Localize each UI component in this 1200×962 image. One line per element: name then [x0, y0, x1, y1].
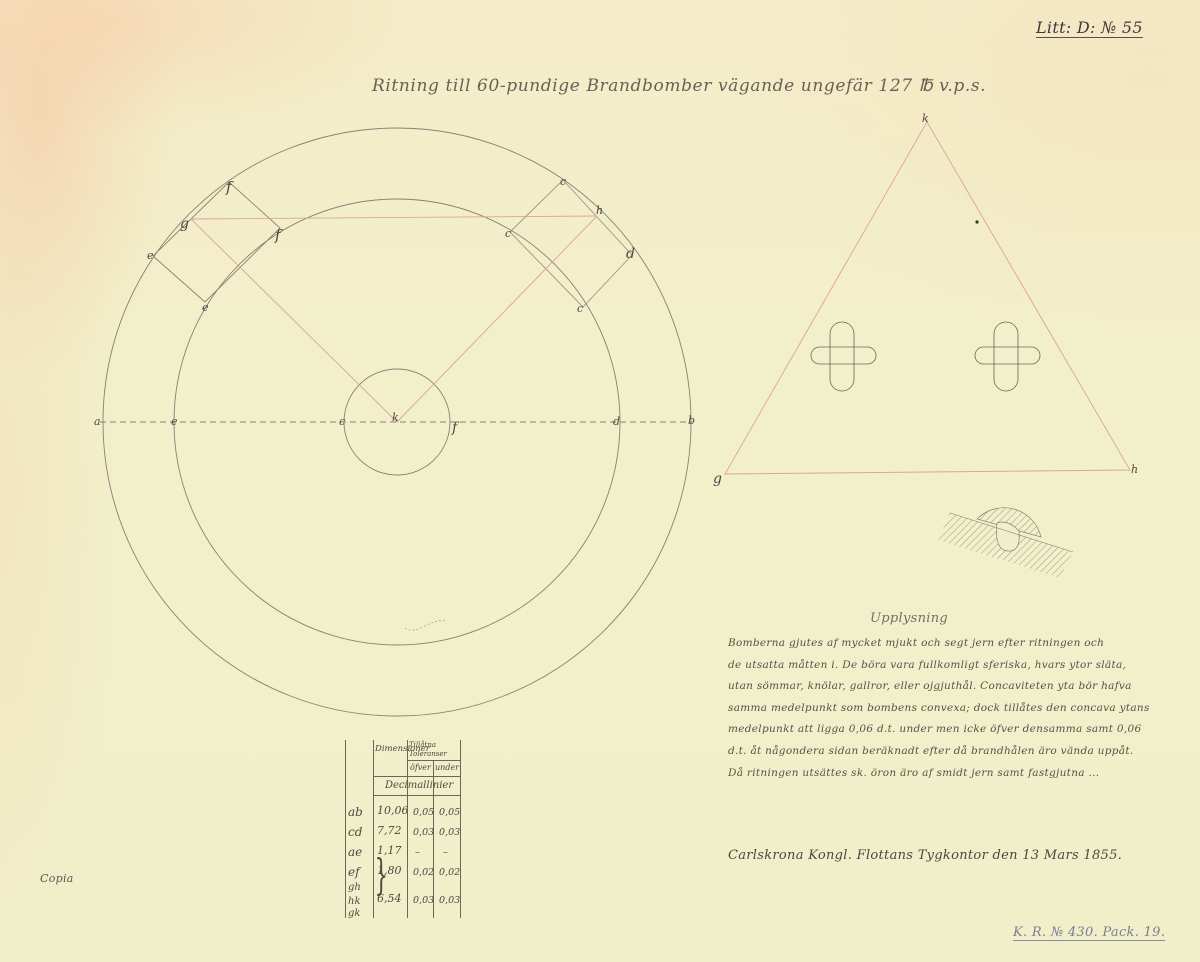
row-over: 0,03 [413, 827, 434, 838]
table-border-left [345, 740, 346, 918]
label-k: k [392, 411, 399, 424]
label-b: b [688, 414, 695, 427]
notes-line: d.t. åt någondera sidan beräknadt efter … [728, 741, 1178, 763]
pencil-mark [405, 621, 447, 631]
row-dimension: 6,54 [377, 892, 402, 905]
row-under: 0,02 [439, 867, 460, 878]
section-detail [938, 508, 1073, 578]
label-e3: e [202, 301, 209, 314]
notes-line: de utsatta måtten i. De böra vara fullko… [728, 655, 1178, 677]
notes-line: utan sömmar, knölar, gallror, eller ojgj… [728, 676, 1178, 698]
label-triangle-g: g [713, 471, 722, 487]
table-divider [407, 776, 408, 918]
reference-number: Litt: D: № 55 [1036, 18, 1143, 38]
dimension-table: Dimensioner Tillåtna Toleranser öfver un… [345, 740, 460, 918]
label-f2: f [225, 178, 234, 196]
label-f: f [451, 420, 460, 436]
label-c2: c [560, 175, 566, 188]
label-d: d [613, 415, 620, 428]
row-label: ae [348, 845, 362, 859]
row-label: cd [348, 825, 362, 839]
notes-line: Bomberna gjutes af mycket mjukt och segt… [728, 633, 1178, 655]
notes-body: Bomberna gjutes af mycket mjukt och segt… [728, 633, 1178, 784]
table-rule [407, 760, 460, 761]
right-cross-lug [975, 322, 1040, 391]
row-label: gk [348, 908, 360, 919]
row-under: 0,03 [439, 827, 460, 838]
row-dimension: 7,72 [377, 824, 402, 837]
center-dot [975, 220, 978, 223]
copy-mark: Copia [40, 872, 74, 885]
triangle-layout [725, 122, 1130, 474]
label-g: g [180, 216, 189, 232]
row-label: ab [348, 805, 363, 819]
header-units: Decimallinier [385, 780, 453, 791]
technical-drawing: a e c k f d b e f g f e c h c d c k g h [0, 0, 1200, 962]
archive-mark: K. R. № 430. Pack. 19. [1013, 925, 1165, 941]
notes-heading: Upplysning [870, 611, 948, 626]
header-under: under [435, 763, 459, 772]
radius-left [191, 219, 397, 422]
label-f3: f [274, 226, 283, 244]
table-rule [373, 795, 460, 796]
row-over: 0,02 [413, 867, 434, 878]
row-over: – [415, 847, 420, 858]
label-c4: c [577, 302, 583, 315]
label-triangle-h: h [1131, 463, 1138, 476]
label-d2: d [626, 246, 635, 262]
notes-line: medelpunkt att ligga 0,06 d.t. under men… [728, 719, 1178, 741]
chord-gh [191, 216, 597, 219]
notes-line: Då ritningen utsättes sk. öron äro af sm… [728, 763, 1178, 785]
header-tolerances: Tillåtna Toleranser [409, 741, 459, 759]
row-under: 0,05 [439, 807, 460, 818]
construction-lines [191, 216, 597, 422]
row-label: hk [348, 896, 361, 907]
row-under: 0,03 [439, 895, 460, 906]
row-under: – [443, 847, 448, 858]
left-cross-lug [811, 322, 876, 391]
label-h: h [596, 204, 603, 217]
row-label: gh [348, 882, 361, 893]
right-fuse-hole [510, 180, 632, 307]
label-c: c [339, 415, 345, 428]
notes-line: samma medelpunkt som bombens convexa; do… [728, 698, 1178, 720]
drawing-title: Ritning till 60-pundige Brandbomber väga… [372, 76, 986, 96]
radius-right [397, 216, 597, 422]
row-over: 0,03 [413, 895, 434, 906]
row-dimension: 10,06 [377, 804, 409, 817]
left-fuse-hole [153, 182, 280, 302]
place-and-date: Carlskrona Kongl. Flottans Tygkontor den… [728, 848, 1122, 863]
label-triangle-k: k [922, 112, 929, 125]
header-over: öfver [410, 763, 431, 772]
triangle [725, 122, 1130, 474]
label-a: a [94, 415, 101, 428]
table-rule [373, 776, 460, 777]
row-label: ef [348, 865, 360, 879]
label-e2: e [147, 249, 154, 262]
row-over: 0,05 [413, 807, 434, 818]
label-c3: c [505, 227, 511, 240]
label-e: e [171, 415, 178, 428]
